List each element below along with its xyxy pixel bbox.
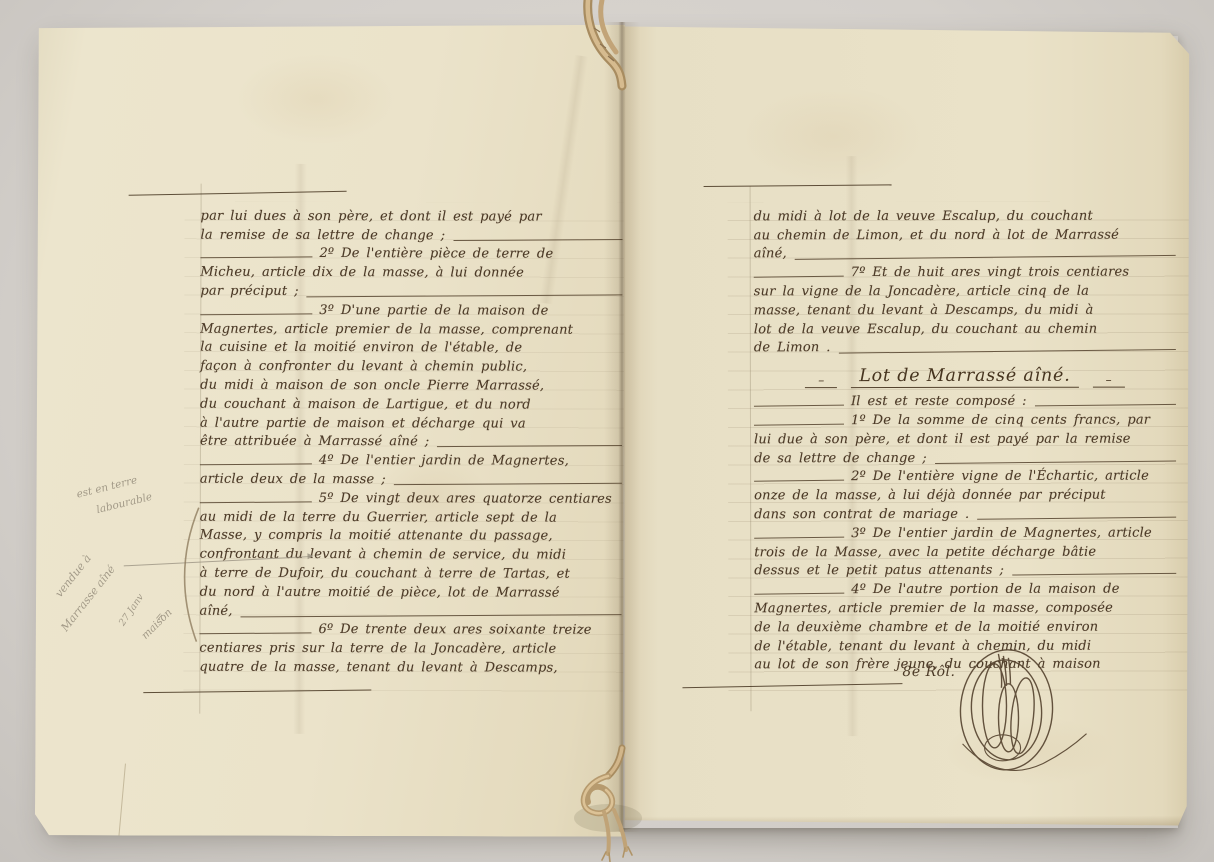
ink-fill-line	[754, 536, 844, 538]
ink-fill-line	[754, 424, 844, 426]
margin-note-arable: labourable	[95, 491, 153, 516]
ink-fill-line	[394, 483, 622, 485]
section-title-row: –Lot de Marrassé aîné.–	[754, 361, 1176, 389]
manuscript-line: 4º De l'entier jardin de Magnertes,	[200, 450, 622, 470]
line-text: 4º De l'autre portion de la maison de	[851, 582, 1119, 598]
manuscript-line: façon à confronter du levant à chemin pu…	[200, 356, 622, 376]
ink-fill-line	[241, 614, 622, 617]
line-text: du nord à l'autre moitié de pièce, lot d…	[200, 584, 560, 601]
manuscript-line: 6º De trente deux ares soixante treize	[199, 619, 621, 639]
opening-rule	[704, 184, 892, 187]
left-page: par lui dues à son père, et dont il est …	[35, 23, 625, 837]
manuscript-line: au chemin de Limon, et du nord à lot de …	[754, 224, 1176, 244]
line-text: du midi à maison de son oncle Pierre Mar…	[200, 378, 544, 395]
line-text: 3º De l'entier jardin de Magnertes, arti…	[851, 525, 1152, 542]
manuscript-line: 7º Et de huit ares vingt trois centiares	[754, 262, 1176, 282]
manuscript-line: dans son contrat de mariage .	[754, 504, 1176, 524]
title-flank-dash: –	[1093, 376, 1125, 388]
binding-string-top-icon	[560, 0, 640, 92]
manuscript-line: 1º De la somme de cinq cents francs, par	[754, 410, 1176, 430]
ink-fill-line	[200, 464, 312, 466]
manuscript-line: 3º D'une partie de la maison de	[200, 300, 622, 320]
line-text: 4º De l'entier jardin de Magnertes,	[319, 453, 569, 470]
manuscript-line: 3º De l'entier jardin de Magnertes, arti…	[754, 522, 1176, 542]
ink-fill-line	[977, 517, 1176, 520]
manuscript-line: du couchant à maison de Lartigue, et du …	[200, 394, 622, 414]
title-flank-dash: –	[805, 376, 837, 388]
margin-note-sale: 27 Janv	[117, 592, 146, 628]
closing-rule	[143, 690, 371, 694]
line-text: Micheu, article dix de la masse, à lui d…	[200, 265, 524, 282]
manuscript-line: Micheu, article dix de la masse, à lui d…	[200, 262, 622, 282]
binding-string-bottom-icon	[548, 748, 678, 862]
sheet-edge-lines	[117, 764, 126, 852]
manuscript-line: onze de la masse, à lui déjà donnée par …	[754, 485, 1176, 505]
manuscript-line: dessus et le petit patus attenants ;	[754, 560, 1176, 580]
manuscript-line: quatre de la masse, tenant du levant à D…	[199, 657, 621, 677]
manuscript-line: par préciput ;	[200, 281, 622, 301]
arrowhead-icon	[307, 553, 313, 559]
right-page: du midi à lot de la veuve Escalup, du co…	[623, 26, 1190, 827]
line-text: centiares pris sur la terre de la Joncad…	[199, 641, 556, 658]
ink-fill-line	[307, 294, 623, 297]
manuscript-line: trois de la Masse, avec la petite déchar…	[754, 541, 1176, 561]
manuscript-line: par lui dues à son père, et dont il est …	[201, 206, 623, 226]
line-text: Magnertes, article premier de la masse, …	[200, 321, 573, 338]
ink-fill-line	[795, 255, 1176, 260]
ink-fill-line	[1035, 404, 1176, 406]
line-text: de sa lettre de change ;	[754, 451, 927, 467]
line-text: trois de la Masse, avec la petite déchar…	[754, 544, 1096, 561]
manuscript-line: sur la vigne de la Joncadère, article ci…	[754, 281, 1176, 301]
line-text: 3º D'une partie de la maison de	[319, 303, 548, 320]
margin-bracket-icon	[169, 504, 209, 649]
line-text: au midi de la terre du Guerrier, article…	[200, 509, 557, 526]
line-text: par préciput ;	[200, 284, 298, 300]
line-text: être attribuée à Marrassé aîné ;	[200, 434, 429, 451]
line-text: confrontant du levant à chemin de servic…	[200, 547, 566, 564]
line-text: 7º Et de huit ares vingt trois centiares	[851, 265, 1130, 281]
line-text: masse, tenant du levant à Descamps, du m…	[754, 302, 1094, 319]
line-text: à terre de Dufoir, du couchant à terre d…	[200, 566, 570, 583]
line-text: quatre de la masse, tenant du levant à D…	[199, 660, 557, 677]
right-page-text-column: du midi à lot de la veuve Escalup, du co…	[754, 206, 1177, 674]
line-text: au chemin de Limon, et du nord à lot de …	[754, 227, 1119, 244]
ink-fill-line	[935, 460, 1176, 464]
line-text: 1º De la somme de cinq cents francs, par	[851, 413, 1150, 430]
manuscript-line: être attribuée à Marrassé aîné ;	[200, 431, 622, 451]
ink-fill-line	[754, 276, 844, 278]
manuscript-line: la remise de sa lettre de change ;	[200, 224, 622, 244]
ink-fill-line	[199, 633, 311, 635]
foxing-stain	[743, 86, 923, 186]
manuscript-line: masse, tenant du levant à Descamps, du m…	[754, 300, 1176, 320]
line-text: de Limon .	[754, 341, 831, 357]
ink-fill-line	[1012, 573, 1176, 576]
manuscript-line: 5º De vingt deux ares quatorze centiares	[200, 488, 622, 508]
ink-fill-line	[754, 405, 844, 407]
line-text: dans son contrat de mariage .	[754, 507, 969, 523]
line-text: 2º De l'entière pièce de terre de	[319, 246, 553, 263]
manuscript-line: Masse, y compris la moitié attenante du …	[200, 525, 622, 545]
manuscript-line: Il est et reste composé :	[754, 391, 1176, 411]
manuscript-line: du nord à l'autre moitié de pièce, lot d…	[200, 582, 622, 602]
manuscript-line: à l'autre partie de maison et décharge q…	[200, 412, 622, 432]
line-text: par lui dues à son père, et dont il est …	[201, 208, 542, 225]
manuscript-line: de Limon .	[754, 337, 1176, 357]
manuscript-line: de sa lettre de change ;	[754, 447, 1176, 467]
line-text: article deux de la masse ;	[200, 472, 386, 488]
ink-fill-line	[754, 593, 844, 595]
manuscript-line: aîné,	[200, 600, 622, 620]
ink-fill-line	[453, 239, 622, 241]
line-text: la remise de sa lettre de change ;	[200, 227, 445, 244]
manuscript-line: centiares pris sur la terre de la Joncad…	[199, 638, 621, 658]
manuscript-line: lot de la veuve Escalup, du couchant au …	[754, 318, 1176, 338]
ink-fill-line	[200, 257, 312, 259]
opening-rule	[129, 191, 347, 196]
manuscript-line: de la deuxième chambre et de la moitié e…	[754, 616, 1176, 636]
ink-fill-line	[200, 313, 312, 315]
manuscript-line: la cuisine et la moitié environ de l'éta…	[200, 337, 622, 357]
manuscript-line: 4º De l'autre portion de la maison de	[754, 579, 1176, 599]
ink-fill-line	[754, 480, 844, 482]
manuscript-line: Magnertes, article premier de la masse, …	[754, 598, 1176, 618]
manuscript-line: lui due à son père, et dont il est payé …	[754, 428, 1176, 448]
line-text: de la deuxième chambre et de la moitié e…	[754, 619, 1098, 636]
manuscript-photo: par lui dues à son père, et dont il est …	[0, 0, 1214, 862]
line-text: du couchant à maison de Lartigue, et du …	[200, 396, 531, 413]
line-text: dessus et le petit patus attenants ;	[754, 563, 1004, 579]
line-text: lot de la veuve Escalup, du couchant au …	[754, 321, 1098, 338]
manuscript-line: aîné,	[754, 243, 1176, 263]
line-text: 6º De trente deux ares soixante treize	[318, 622, 591, 639]
foxing-stain	[237, 54, 397, 144]
line-text: Il est et reste composé :	[851, 394, 1027, 410]
line-text: 2º De l'entière vigne de l'Échartic, art…	[851, 469, 1149, 486]
line-text: 5º De vingt deux ares quatorze centiares	[319, 491, 612, 508]
line-text: lui due à son père, et dont il est payé …	[754, 431, 1131, 448]
manuscript-line: 2º De l'entière vigne de l'Échartic, art…	[754, 466, 1176, 486]
line-text: Magnertes, article premier de la masse, …	[754, 601, 1113, 618]
manuscript-line: du midi à maison de son oncle Pierre Mar…	[200, 375, 622, 395]
ink-fill-line	[839, 349, 1176, 354]
manuscript-line: article deux de la masse ;	[200, 469, 622, 489]
line-text: la cuisine et la moitié environ de l'éta…	[200, 340, 522, 357]
line-text: à l'autre partie de maison et décharge q…	[200, 415, 526, 432]
line-text: onze de la masse, à lui déjà donnée par …	[754, 488, 1106, 505]
ink-fill-line	[200, 501, 312, 503]
line-text: du midi à lot de la veuve Escalup, du co…	[754, 208, 1093, 225]
ink-fill-line	[437, 445, 622, 447]
manuscript-line: confrontant du levant à chemin de servic…	[200, 544, 622, 564]
manuscript-line: 2º De l'entière pièce de terre de	[200, 243, 622, 263]
manuscript-line: au midi de la terre du Guerrier, article…	[200, 506, 622, 526]
line-text: façon à confronter du levant à chemin pu…	[200, 359, 527, 376]
notary-paraph-icon	[944, 644, 1094, 794]
manuscript-line: du midi à lot de la veuve Escalup, du co…	[754, 206, 1176, 226]
manuscript-line: Magnertes, article premier de la masse, …	[200, 318, 622, 338]
manuscript-line: à terre de Dufoir, du couchant à terre d…	[200, 563, 622, 583]
margin-rule	[750, 186, 752, 711]
line-text: sur la vigne de la Joncadère, article ci…	[754, 284, 1089, 301]
line-text: aîné,	[754, 247, 787, 263]
left-page-text-column: par lui dues à son père, et dont il est …	[199, 206, 622, 677]
line-text: Masse, y compris la moitié attenante du …	[200, 528, 553, 545]
section-title: Lot de Marrassé aîné.	[851, 366, 1078, 388]
closing-rule	[682, 683, 902, 688]
